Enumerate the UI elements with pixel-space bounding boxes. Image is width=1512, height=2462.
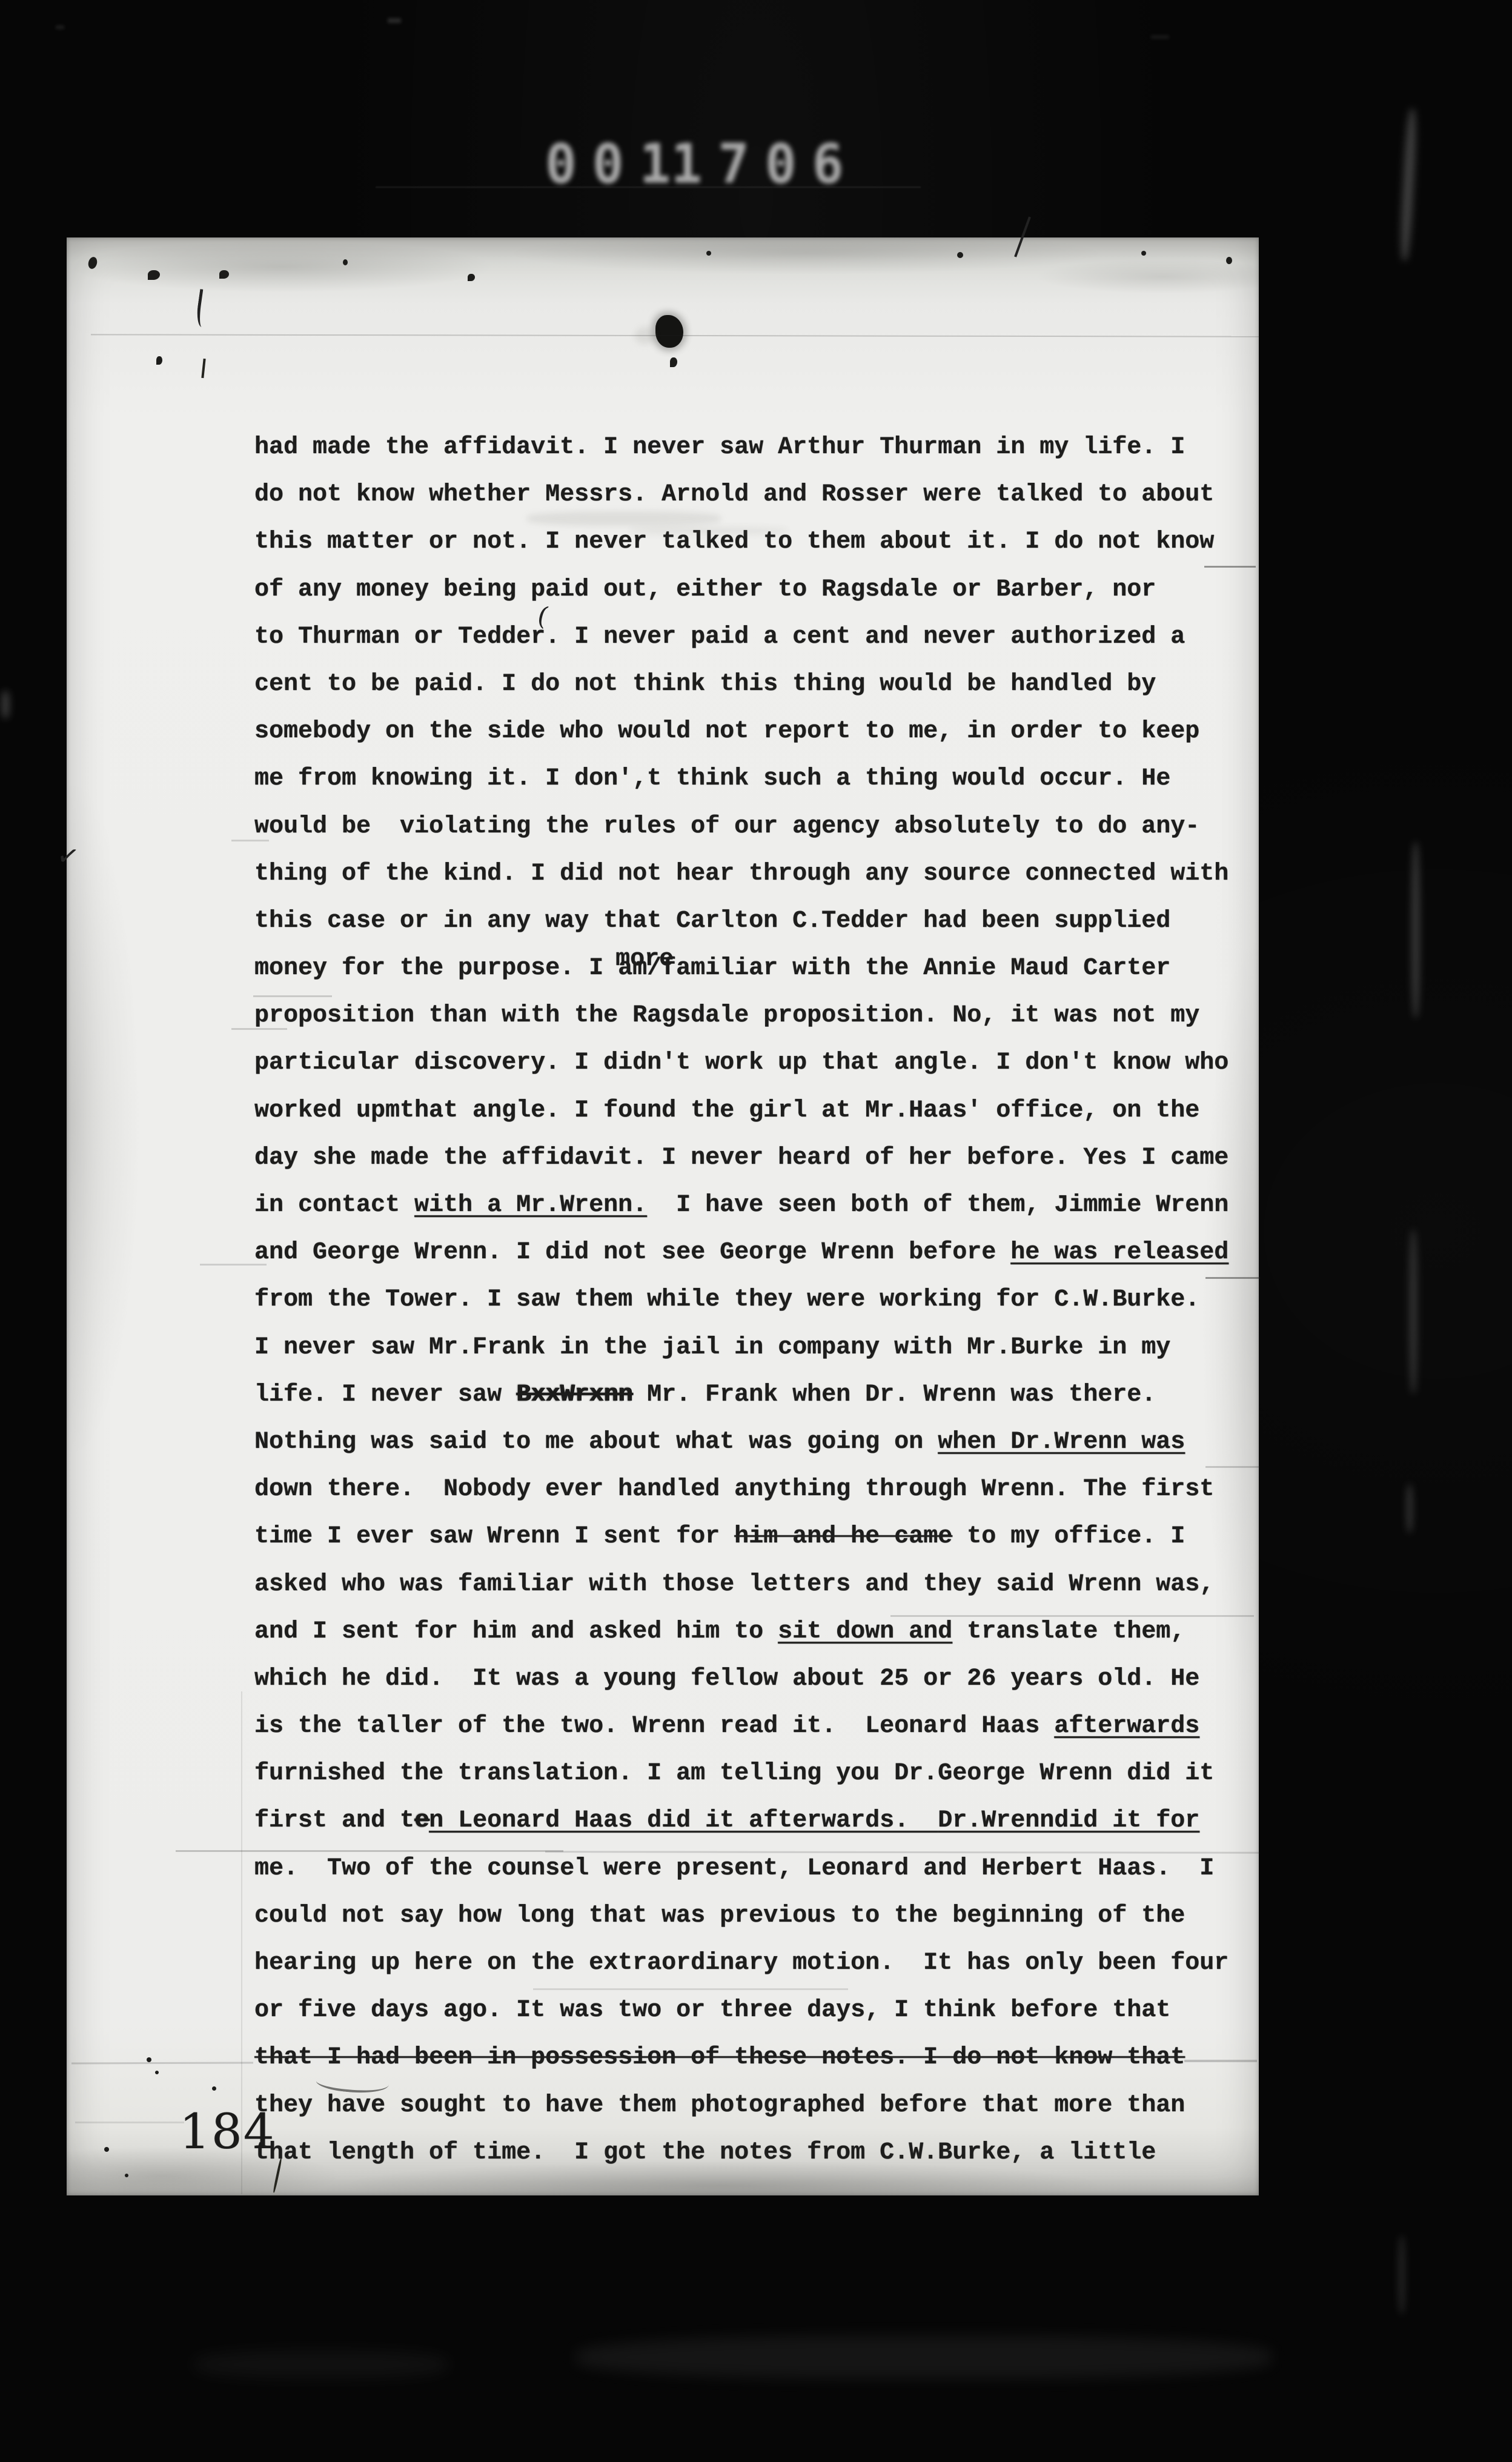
strike-extension (71, 2062, 253, 2064)
text-line: I never saw Mr.Frank in the jail in comp… (254, 1334, 1260, 1381)
text-line: that I had been in possession of these n… (254, 2044, 1260, 2091)
stamp-digit: 0 (592, 137, 624, 191)
dirt-speck (706, 251, 711, 256)
text-segment: Mr. Frank when Dr. Wrenn was there. (632, 1381, 1156, 1409)
text-segment: or five days ago. It was two or three da… (254, 1997, 1170, 2024)
dirt-speck (957, 252, 963, 258)
text-segment: to Thurman or Tedder. I never paid a cen… (254, 623, 1185, 651)
dirt-speck (219, 270, 229, 279)
stamp-digit: 11 (640, 137, 703, 191)
text-segment: life. I never saw (254, 1381, 516, 1409)
text-segment: day she made the affidavit. I never hear… (254, 1144, 1228, 1172)
dirt-speck (87, 256, 99, 270)
text-line: day she made the affidavit. I never hear… (254, 1144, 1260, 1192)
text-line: time I ever saw Wrenn I sent for him and… (254, 1523, 1260, 1570)
text-line: money for the purpose. I ammore/familiar… (254, 955, 1260, 1002)
dirt-speck (125, 2174, 128, 2177)
underlined-text: when Dr.Wrenn was (938, 1428, 1185, 1456)
document-page: had made the affidavit. I never saw Arth… (67, 237, 1259, 2195)
text-line: they have sought to have them photograph… (254, 2092, 1260, 2139)
text-line: me from knowing it. I don',t think such … (254, 765, 1260, 812)
stamp-digit: 0 (765, 137, 797, 191)
text-line: or five days ago. It was two or three da… (254, 1997, 1260, 2044)
text-line: down there. Nobody ever handled anything… (254, 1476, 1260, 1523)
dirt-speck (104, 2147, 109, 2152)
text-line: which he did. It was a young fellow abou… (254, 1665, 1260, 1713)
text-segment: cent to be paid. I do not think this thi… (254, 671, 1156, 698)
dirt-speck (468, 274, 475, 281)
text-segment: from the Tower. I saw them while they we… (254, 1286, 1199, 1313)
typewritten-text: had made the affidavit. I never saw Arth… (254, 434, 1260, 2186)
ink-blot-halo (635, 327, 655, 344)
text-segment: /familiar with the Annie Maud Carter (647, 955, 1170, 982)
text-line: that length of time. I got the notes fro… (254, 2139, 1260, 2186)
stamp-digit: 7 (718, 137, 749, 191)
text-segment: somebody on the side who would not repor… (254, 718, 1199, 745)
text-segment: asked who was familiar with those letter… (254, 1571, 1214, 1598)
text-segment: proposition than with the Ragsdale propo… (254, 1002, 1199, 1029)
underlined-text: he was released (1010, 1239, 1228, 1266)
margin-squiggle (201, 359, 205, 378)
text-segment: of any money being paid out, either to R… (254, 576, 1156, 603)
dirt-speck (212, 2086, 216, 2091)
text-segment: worked upmthat angle. I found the girl a… (254, 1097, 1199, 1124)
text-segment: Nothing was said to me about what was go… (254, 1428, 938, 1456)
text-segment: this matter or not. I never talked to th… (254, 528, 1214, 556)
text-line: this matter or not. I never talked to th… (254, 528, 1260, 576)
overstruck-text: e (414, 1807, 429, 1834)
text-segment: could not say how long that was previous… (254, 1902, 1185, 1929)
text-segment: money for the purpose. I am (254, 955, 647, 982)
text-line: had made the affidavit. I never saw Arth… (254, 434, 1260, 481)
microfilm-scan: 0 0 11 7 0 6 had made the affidavit. I n… (0, 0, 1512, 2462)
text-segment: which he did. It was a young fellow abou… (254, 1665, 1199, 1693)
underlined-text: afterwards (1054, 1713, 1199, 1740)
dirt-speck (1226, 257, 1232, 264)
underlined-text: Dr.Wrenndid it for (938, 1807, 1199, 1834)
text-line: particular discovery. I didn't work up t… (254, 1049, 1260, 1097)
text-segment: to my office. I (952, 1523, 1185, 1550)
underlined-text: sit down and (778, 1618, 952, 1645)
text-segment: me. Two of the counsel were present, Leo… (254, 1855, 1214, 1882)
text-segment: I never saw Mr.Frank in the jail in comp… (254, 1334, 1170, 1361)
dirt-speck (148, 270, 160, 280)
text-segment: particular discovery. I didn't work up t… (254, 1049, 1228, 1077)
text-segment: hearing up here on the extraordinary mot… (254, 1949, 1228, 1977)
stamp-number: 0 0 11 7 0 6 (545, 138, 843, 190)
text-segment: is the taller of the two. Wrenn read it.… (254, 1713, 1054, 1740)
dirt-speck (147, 2057, 151, 2062)
text-line: do not know whether Messrs. Arnold and R… (254, 481, 1260, 528)
text-segment: time I ever saw Wrenn I sent for (254, 1523, 734, 1550)
overstruck-text: BxxWrxnn (516, 1381, 632, 1409)
text-segment: furnished the translation. I am telling … (254, 1760, 1214, 1787)
dirt-speck (1141, 251, 1146, 256)
underlined-text: n Leonard Haas did it afterwards. (429, 1807, 938, 1834)
text-line: is the taller of the two. Wrenn read it.… (254, 1713, 1260, 1760)
text-segment: thing of the kind. I did not hear throug… (254, 860, 1228, 888)
text-line: first and ten Leonard Haas did it afterw… (254, 1807, 1260, 1854)
text-line: me. Two of the counsel were present, Leo… (254, 1855, 1260, 1902)
text-line: Nothing was said to me about what was go… (254, 1428, 1260, 1476)
text-segment: I have seen both of them, Jimmie Wrenn (647, 1192, 1228, 1219)
page-number: 184 (179, 2103, 276, 2160)
dirt-speck (156, 356, 162, 365)
text-segment: and I sent for him and asked him to (254, 1618, 778, 1645)
text-segment: first and t (254, 1807, 414, 1834)
text-line: from the Tower. I saw them while they we… (254, 1286, 1260, 1333)
stamp-digit: 0 (545, 137, 577, 191)
dirt-speck (670, 357, 677, 367)
struck-text: him and he came (734, 1523, 952, 1550)
text-line: cent to be paid. I do not think this thi… (254, 671, 1260, 718)
text-line: and I sent for him and asked him to sit … (254, 1618, 1260, 1665)
text-line: life. I never saw BxxWrxnn Mr. Frank whe… (254, 1381, 1260, 1428)
text-line: could not say how long that was previous… (254, 1902, 1260, 1949)
scratch-line (91, 334, 1260, 337)
text-line: somebody on the side who would not repor… (254, 718, 1260, 765)
text-line: furnished the translation. I am telling … (254, 1760, 1260, 1807)
text-line: of any money being paid out, either to R… (254, 576, 1260, 623)
text-line: to Thurman or Tedder. I never paid a cen… (254, 623, 1260, 671)
text-segment: would be violating the rules of our agen… (254, 813, 1199, 840)
text-line: hearing up here on the extraordinary mot… (254, 1949, 1260, 1997)
text-segment: me from knowing it. I don',t think such … (254, 765, 1170, 792)
text-segment: translate them, (952, 1618, 1185, 1645)
text-segment: they have sought to have them photograph… (254, 2092, 1185, 2119)
margin-squiggle (195, 289, 211, 328)
text-line: proposition than with the Ragsdale propo… (254, 1002, 1260, 1049)
text-line: asked who was familiar with those letter… (254, 1571, 1260, 1618)
text-line: would be violating the rules of our agen… (254, 813, 1260, 860)
underlined-text: with a Mr.Wrenn. (414, 1192, 647, 1219)
film-scratch-line (376, 187, 921, 188)
text-segment: that length of time. I got the notes fro… (254, 2139, 1156, 2166)
text-segment: and George Wrenn. I did not see George W… (254, 1239, 1010, 1266)
text-line: this case or in any way that Carlton C.T… (254, 907, 1260, 955)
dirt-speck (155, 2071, 159, 2074)
text-line: thing of the kind. I did not hear throug… (254, 860, 1260, 907)
text-segment: down there. Nobody ever handled anything… (254, 1476, 1214, 1503)
ink-blot (655, 315, 683, 348)
text-segment: had made the affidavit. I never saw Arth… (254, 434, 1185, 461)
text-line: and George Wrenn. I did not see George W… (254, 1239, 1260, 1286)
text-line: in contact with a Mr.Wrenn. I have seen … (254, 1192, 1260, 1239)
dirt-speck (343, 259, 348, 265)
text-segment: do not know whether Messrs. Arnold and R… (254, 481, 1214, 508)
struck-text: that I had been in possession of these n… (254, 2044, 1185, 2071)
text-segment: in contact (254, 1192, 414, 1219)
margin-dash (75, 2122, 184, 2123)
stamp-digit: 6 (812, 137, 844, 191)
text-line: worked upmthat angle. I found the girl a… (254, 1097, 1260, 1144)
text-segment: this case or in any way that Carlton C.T… (254, 907, 1170, 935)
